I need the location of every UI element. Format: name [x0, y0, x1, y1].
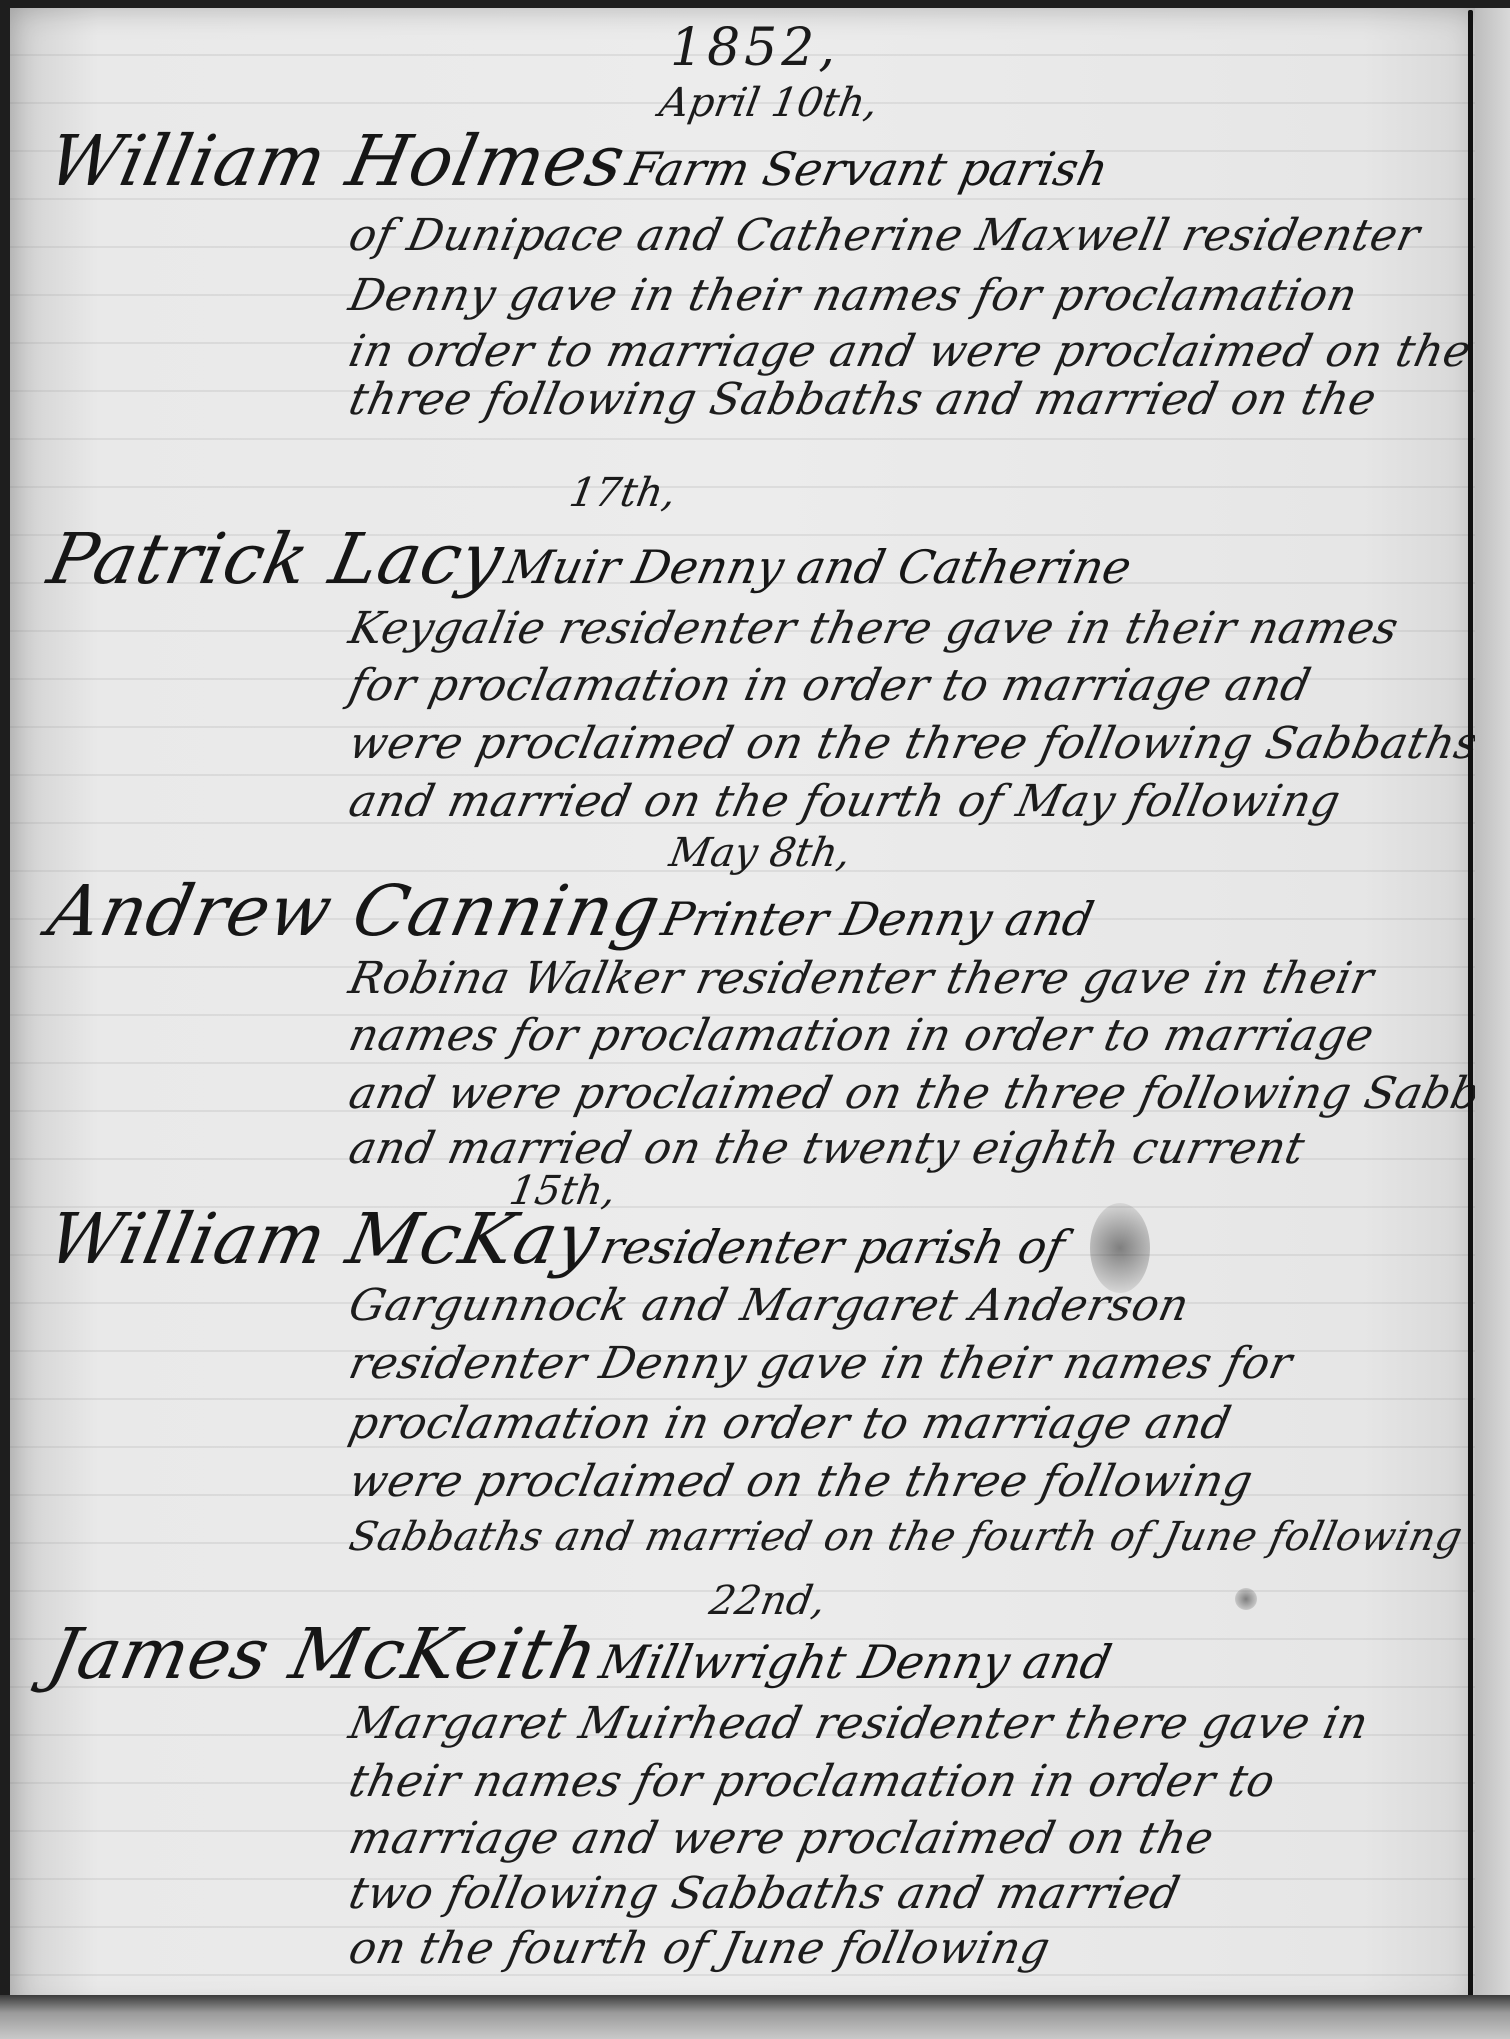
adjacent-page-edge	[1475, 8, 1510, 2013]
entry-first-line: James McKeith Millwright Denny and	[41, 1613, 1121, 1695]
entry-line: two following Sabbaths and married	[345, 1868, 1185, 1919]
entry-line: marriage and were proclaimed on the	[345, 1813, 1219, 1864]
entry-line: residenter Denny gave in their names for	[345, 1338, 1297, 1389]
entry-line: and married on the fourth of May followi…	[345, 776, 1345, 827]
entry-line: Denny gave in their names for proclamati…	[345, 270, 1362, 321]
entry-date: 17th,	[566, 470, 680, 516]
entry-first-line: William Holmes Farm Servant parish	[41, 120, 1118, 202]
entry-line: their names for proclamation in order to	[345, 1756, 1280, 1807]
groom-name: James McKeith	[41, 1613, 606, 1695]
entry-line: three following Sabbaths and married on …	[345, 374, 1382, 425]
entry-line: Robina Walker residenter there gave in t…	[345, 953, 1379, 1004]
groom-name: Patrick Lacy	[41, 518, 511, 600]
groom-name: William McKay	[41, 1198, 607, 1280]
first-line-rest: Muir Denny and Catherine	[500, 540, 1136, 594]
page-edge-rule	[1468, 10, 1473, 2010]
entry-line: were proclaimed on the three following	[345, 1456, 1258, 1507]
entry-line: proclamation in order to marriage and	[345, 1398, 1236, 1449]
entry-line: Gargunnock and Margaret Anderson	[345, 1280, 1194, 1331]
entry-first-line: Patrick Lacy Muir Denny and Catherine	[41, 518, 1141, 600]
first-line-rest: residenter parish of	[596, 1220, 1070, 1274]
first-line-rest: Farm Servant parish	[622, 142, 1114, 196]
entry-line: names for proclamation in order to marri…	[345, 1010, 1379, 1061]
entry-line: and were proclaimed on the three followi…	[345, 1068, 1510, 1119]
entry-line: for proclamation in order to marriage an…	[345, 660, 1316, 711]
entry-line: and married on the twenty eighth current	[345, 1123, 1310, 1174]
first-line-rest: Millwright Denny and	[595, 1635, 1116, 1689]
ink-smudge	[1090, 1203, 1150, 1293]
entry-line: Keygalie residenter there gave in their …	[345, 603, 1403, 654]
entry-line: were proclaimed on the three following S…	[345, 718, 1484, 769]
book-bottom-edge	[0, 1995, 1510, 2039]
entry-line: on the fourth of June following	[345, 1923, 1055, 1974]
entry-line: Sabbaths and married on the fourth of Ju…	[345, 1514, 1467, 1560]
entry-first-line: William McKay residenter parish of	[41, 1198, 1074, 1280]
entry-line: in order to marriage and were proclaimed…	[345, 326, 1476, 377]
groom-name: William Holmes	[41, 120, 632, 202]
ledger-page: 1852, April 10th, William Holmes Farm Se…	[10, 8, 1480, 2013]
ink-blot	[1235, 1588, 1257, 1610]
entry-line: Margaret Muirhead residenter there gave …	[345, 1698, 1373, 1749]
first-line-rest: Printer Denny and	[657, 892, 1099, 946]
scanned-register-page: 1852, April 10th, William Holmes Farm Se…	[0, 0, 1510, 2039]
page-year-heading: 1852,	[670, 18, 839, 78]
groom-name: Andrew Canning	[41, 870, 668, 952]
entry-first-line: Andrew Canning Printer Denny and	[41, 870, 1103, 952]
entry-line: of Dunipace and Catherine Maxwell reside…	[345, 210, 1425, 261]
